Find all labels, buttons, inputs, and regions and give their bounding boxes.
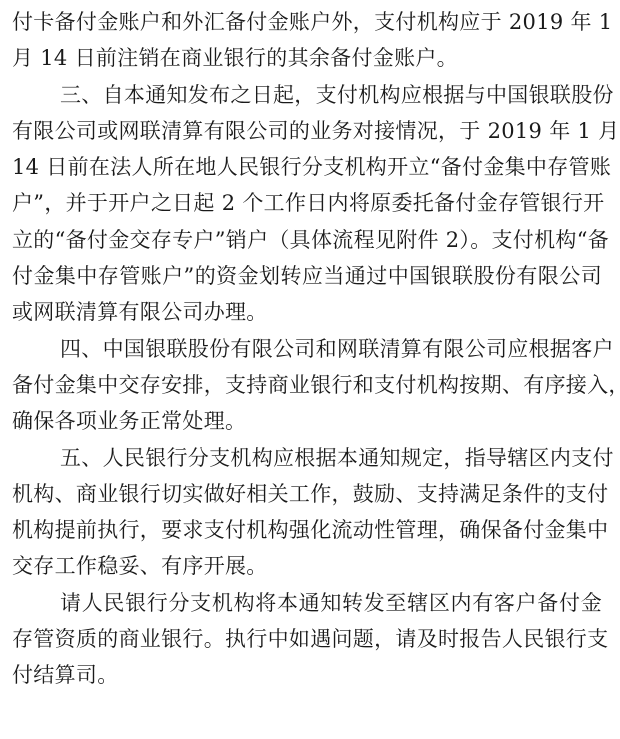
text-line: 或网联清算有限公司办理。	[12, 294, 602, 330]
document-body: 付卡备付金账户和外汇备付金账户外，支付机构应于 2019 年 1 月 14 日前…	[12, 4, 602, 694]
text-line: 交存工作稳妥、有序开展。	[12, 548, 602, 584]
text-line: 五、人民银行分支机构应根据本通知规定，指导辖区内支付	[12, 440, 602, 476]
text-line: 付卡备付金账户和外汇备付金账户外，支付机构应于 2019 年 1	[12, 4, 602, 40]
text-line: 存管资质的商业银行。执行中如遇问题，请及时报告人民银行支	[12, 621, 602, 657]
text-line: 四、中国银联股份有限公司和网联清算有限公司应根据客户	[12, 331, 602, 367]
text-line: 立的“备付金交存专户”销户（具体流程见附件 2）。支付机构“备	[12, 222, 602, 258]
paragraph-continuation: 付卡备付金账户和外汇备付金账户外，支付机构应于 2019 年 1 月 14 日前…	[12, 4, 602, 77]
text-line: 备付金集中交存安排，支持商业银行和支付机构按期、有序接入，	[12, 367, 602, 403]
text-line: 付结算司。	[12, 657, 602, 693]
text-line: 机构、商业银行切实做好相关工作，鼓励、支持满足条件的支付	[12, 476, 602, 512]
text-line: 确保各项业务正常处理。	[12, 403, 602, 439]
text-line: 户”，并于开户之日起 2 个工作日内将原委托备付金存管银行开	[12, 185, 602, 221]
text-line: 三、自本通知发布之日起，支付机构应根据与中国银联股份	[12, 77, 602, 113]
paragraph-section-5: 五、人民银行分支机构应根据本通知规定，指导辖区内支付 机构、商业银行切实做好相关…	[12, 440, 602, 585]
text-line: 月 14 日前注销在商业银行的其余备付金账户。	[12, 40, 602, 76]
text-line: 14 日前在法人所在地人民银行分支机构开立“备付金集中存管账	[12, 149, 602, 185]
paragraph-closing: 请人民银行分支机构将本通知转发至辖区内有客户备付金 存管资质的商业银行。执行中如…	[12, 585, 602, 694]
text-line: 有限公司或网联清算有限公司的业务对接情况，于 2019 年 1 月	[12, 113, 602, 149]
text-line: 机构提前执行，要求支付机构强化流动性管理，确保备付金集中	[12, 512, 602, 548]
paragraph-section-4: 四、中国银联股份有限公司和网联清算有限公司应根据客户 备付金集中交存安排，支持商…	[12, 331, 602, 440]
text-line: 请人民银行分支机构将本通知转发至辖区内有客户备付金	[12, 585, 602, 621]
text-line: 付金集中存管账户”的资金划转应当通过中国银联股份有限公司	[12, 258, 602, 294]
paragraph-section-3: 三、自本通知发布之日起，支付机构应根据与中国银联股份 有限公司或网联清算有限公司…	[12, 77, 602, 331]
